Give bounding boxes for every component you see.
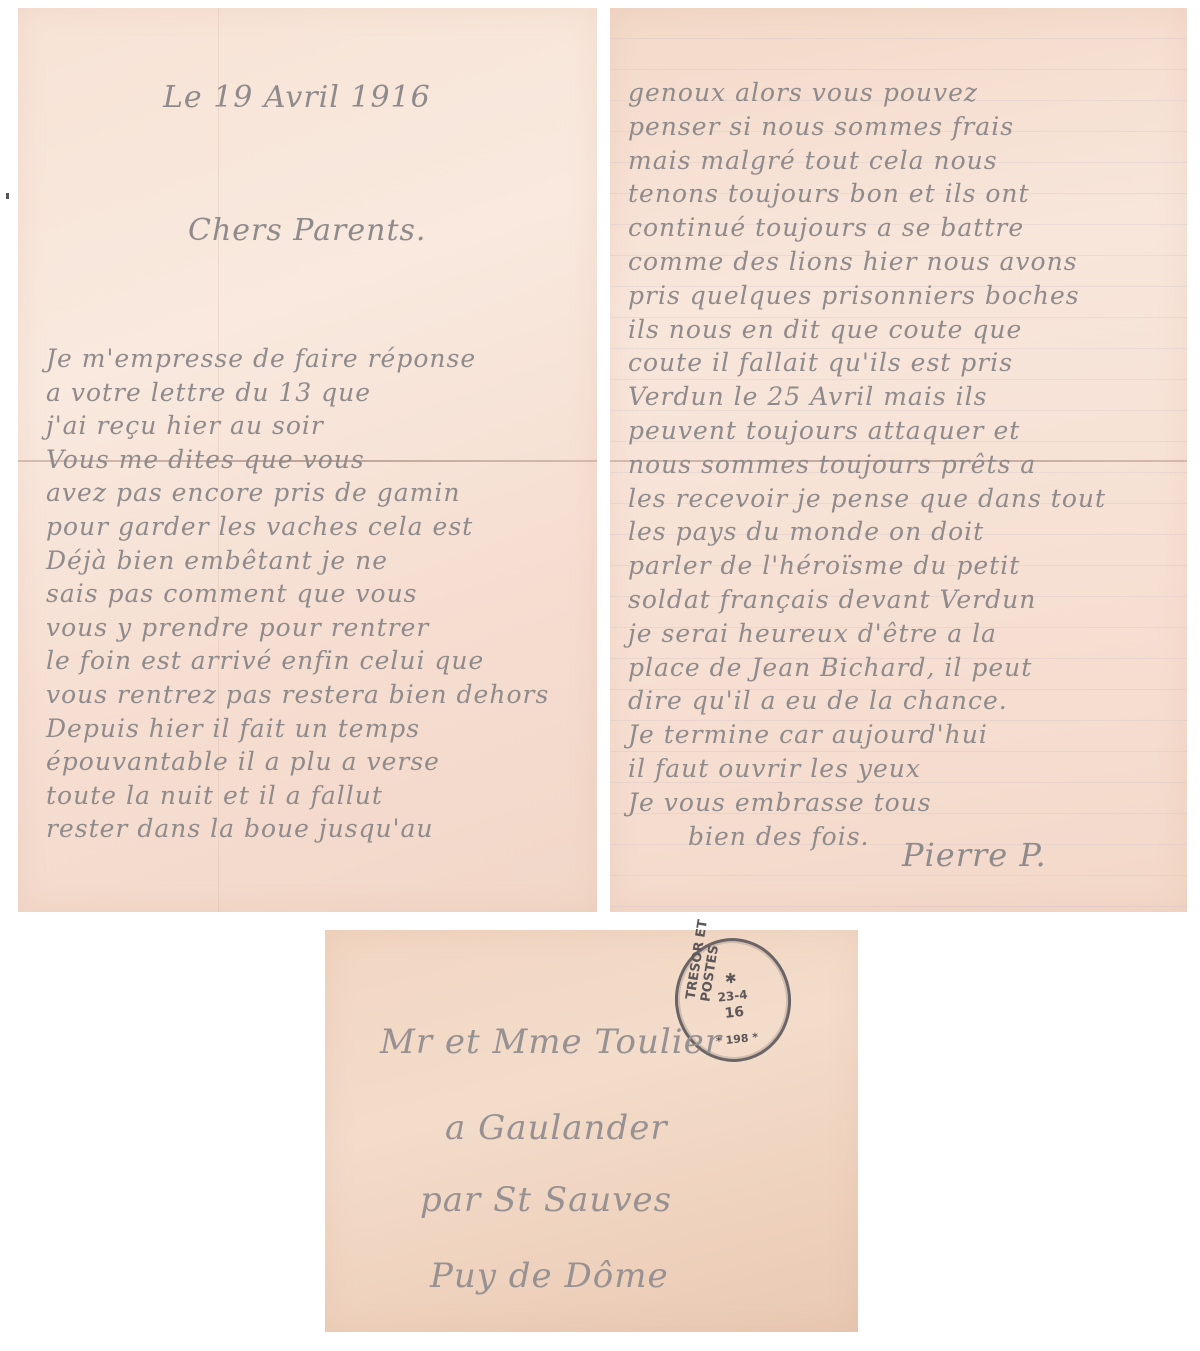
letter-line: ils nous en dit que coute que [628, 315, 1022, 344]
letter-line: les pays du monde on doit [628, 517, 984, 546]
address-department: Puy de Dôme [430, 1256, 669, 1296]
address-recipient: Mr et Mme Toulier [380, 1022, 722, 1062]
letter-line: peuvent toujours attaquer et [628, 416, 1020, 445]
letter-greeting: Chers Parents. [188, 213, 426, 248]
letter-line: parler de l'héroïsme du petit [628, 551, 1020, 580]
letter-date: Le 19 Avril 1916 [163, 80, 431, 115]
letter-line: avez pas encore pris de gamin [46, 478, 460, 507]
letter-line: je serai heureux d'être a la [628, 619, 997, 648]
letter-line: pour garder les vaches cela est [46, 512, 473, 541]
letter-line: j'ai reçu hier au soir [46, 411, 324, 440]
letter-line: comme des lions hier nous avons [628, 247, 1078, 276]
letter-line: vous rentrez pas restera bien dehors [46, 680, 549, 709]
letter-line: Déjà bien embêtant je ne [46, 546, 388, 575]
letter-line: bien des fois. [688, 822, 870, 851]
letter-line: Verdun le 25 Avril mais ils [628, 382, 987, 411]
letter-line: pris quelques prisonniers boches [628, 281, 1080, 310]
letter-line: Vous me dites que vous [46, 445, 365, 474]
letter-line: soldat français devant Verdun [628, 585, 1036, 614]
letter-line: rester dans la boue jusqu'au [46, 814, 434, 843]
letter-line: il faut ouvrir les yeux [628, 754, 921, 783]
address-post-office: par St Sauves [420, 1180, 672, 1220]
letter-line: coute il fallait qu'ils est pris [628, 348, 1013, 377]
margin-speck [6, 193, 9, 199]
letter-line: continué toujours a se battre [628, 213, 1024, 242]
letter-line: dire qu'il a eu de la chance. [628, 686, 1008, 715]
letter-line: Depuis hier il fait un temps [46, 714, 420, 743]
letter-line: genoux alors vous pouvez [628, 78, 978, 107]
letter-line: les recevoir je pense que dans tout [628, 484, 1106, 513]
letter-line: place de Jean Bichard, il peut [628, 653, 1032, 682]
letter-line: mais malgré tout cela nous [628, 146, 998, 175]
letter-page-1: Le 19 Avril 1916 Chers Parents. Je m'emp… [18, 8, 597, 912]
letter-line: sais pas comment que vous [46, 579, 418, 608]
letter-line: tenons toujours bon et ils ont [628, 179, 1030, 208]
letter-line: nous sommes toujours prêts a [628, 450, 1036, 479]
letter-signature: Pierre P. [902, 836, 1047, 874]
envelope: TRESOR ET POSTES ✱ 23-4 16 * 198 * Mr et… [325, 930, 858, 1332]
letter-line: penser si nous sommes frais [628, 112, 1014, 141]
letter-line: toute la nuit et il a fallut [46, 781, 383, 810]
letter-line: Je m'empresse de faire réponse [46, 344, 476, 373]
letter-page-2: genoux alors vous pouvezpenser si nous s… [610, 8, 1187, 912]
letter-line: vous y prendre pour rentrer [46, 613, 429, 642]
letter-line: a votre lettre du 13 que [46, 378, 371, 407]
address-locality: a Gaulander [445, 1108, 668, 1148]
letter-line: le foin est arrivé enfin celui que [46, 646, 484, 675]
letter-line: Je vous embrasse tous [628, 788, 932, 817]
letter-line: épouvantable il a plu a verse [46, 747, 440, 776]
letter-line: Je termine car aujourd'hui [628, 720, 988, 749]
